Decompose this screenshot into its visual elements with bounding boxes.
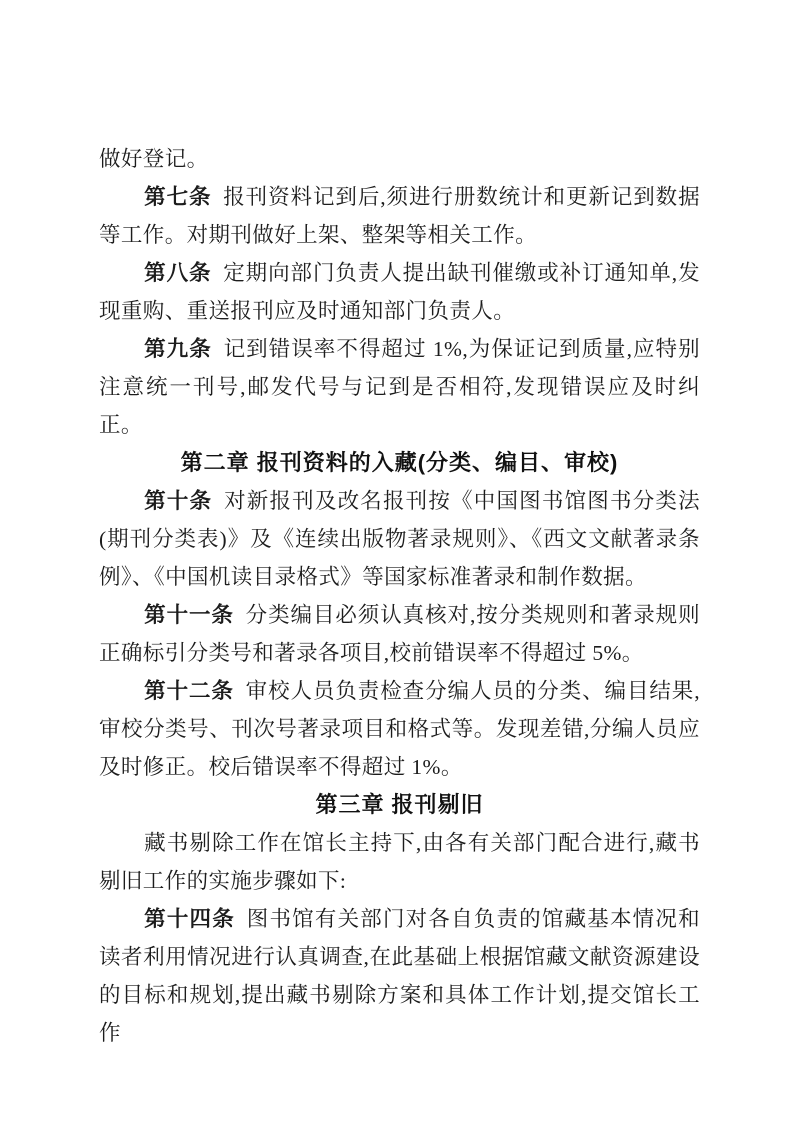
article-number: 第十条 (144, 489, 212, 513)
body-paragraph: 藏书剔除工作在馆长主持下,由各有关部门配合进行,藏书剔旧工作的实施步骤如下: (99, 824, 700, 900)
article-paragraph: 第九条记到错误率不得超过 1%,为保证记到质量,应特别注意统一刊号,邮发代号与记… (99, 330, 700, 444)
article-paragraph: 第七条报刊资料记到后,须进行册数统计和更新记到数据等工作。对期刊做好上架、整架等… (99, 178, 700, 254)
document-page: 做好登记。第七条报刊资料记到后,须进行册数统计和更新记到数据等工作。对期刊做好上… (0, 0, 793, 1122)
article-number: 第十一条 (144, 603, 234, 627)
continuation-paragraph: 做好登记。 (99, 140, 700, 178)
article-paragraph: 第十四条图书馆有关部门对各自负责的馆藏基本情况和读者利用情况进行认真调查,在此基… (99, 900, 700, 1052)
document-content: 做好登记。第七条报刊资料记到后,须进行册数统计和更新记到数据等工作。对期刊做好上… (99, 140, 700, 1052)
article-number: 第十四条 (144, 907, 235, 931)
article-paragraph: 第八条定期向部门负责人提出缺刊催缴或补订通知单,发现重购、重送报刊应及时通知部门… (99, 254, 700, 330)
paragraph-text: 做好登记。 (99, 147, 209, 171)
article-number: 第七条 (144, 185, 211, 209)
article-number: 第九条 (144, 337, 212, 361)
paragraph-text: 藏书剔除工作在馆长主持下,由各有关部门配合进行,藏书剔旧工作的实施步骤如下: (99, 831, 700, 893)
chapter-heading: 第二章 报刊资料的入藏(分类、编目、审校) (99, 444, 700, 482)
article-paragraph: 第十二条审校人员负责检查分编人员的分类、编目结果,审校分类号、刊次号著录项目和格… (99, 672, 700, 786)
article-paragraph: 第十一条分类编目必须认真核对,按分类规则和著录规则正确标引分类号和著录各项目,校… (99, 596, 700, 672)
chapter-heading: 第三章 报刊剔旧 (99, 786, 700, 824)
article-paragraph: 第十条对新报刊及改名报刊按《中国图书馆图书分类法(期刊分类表)》及《连续出版物著… (99, 482, 700, 596)
article-number: 第十二条 (144, 679, 234, 703)
article-number: 第八条 (144, 261, 211, 285)
